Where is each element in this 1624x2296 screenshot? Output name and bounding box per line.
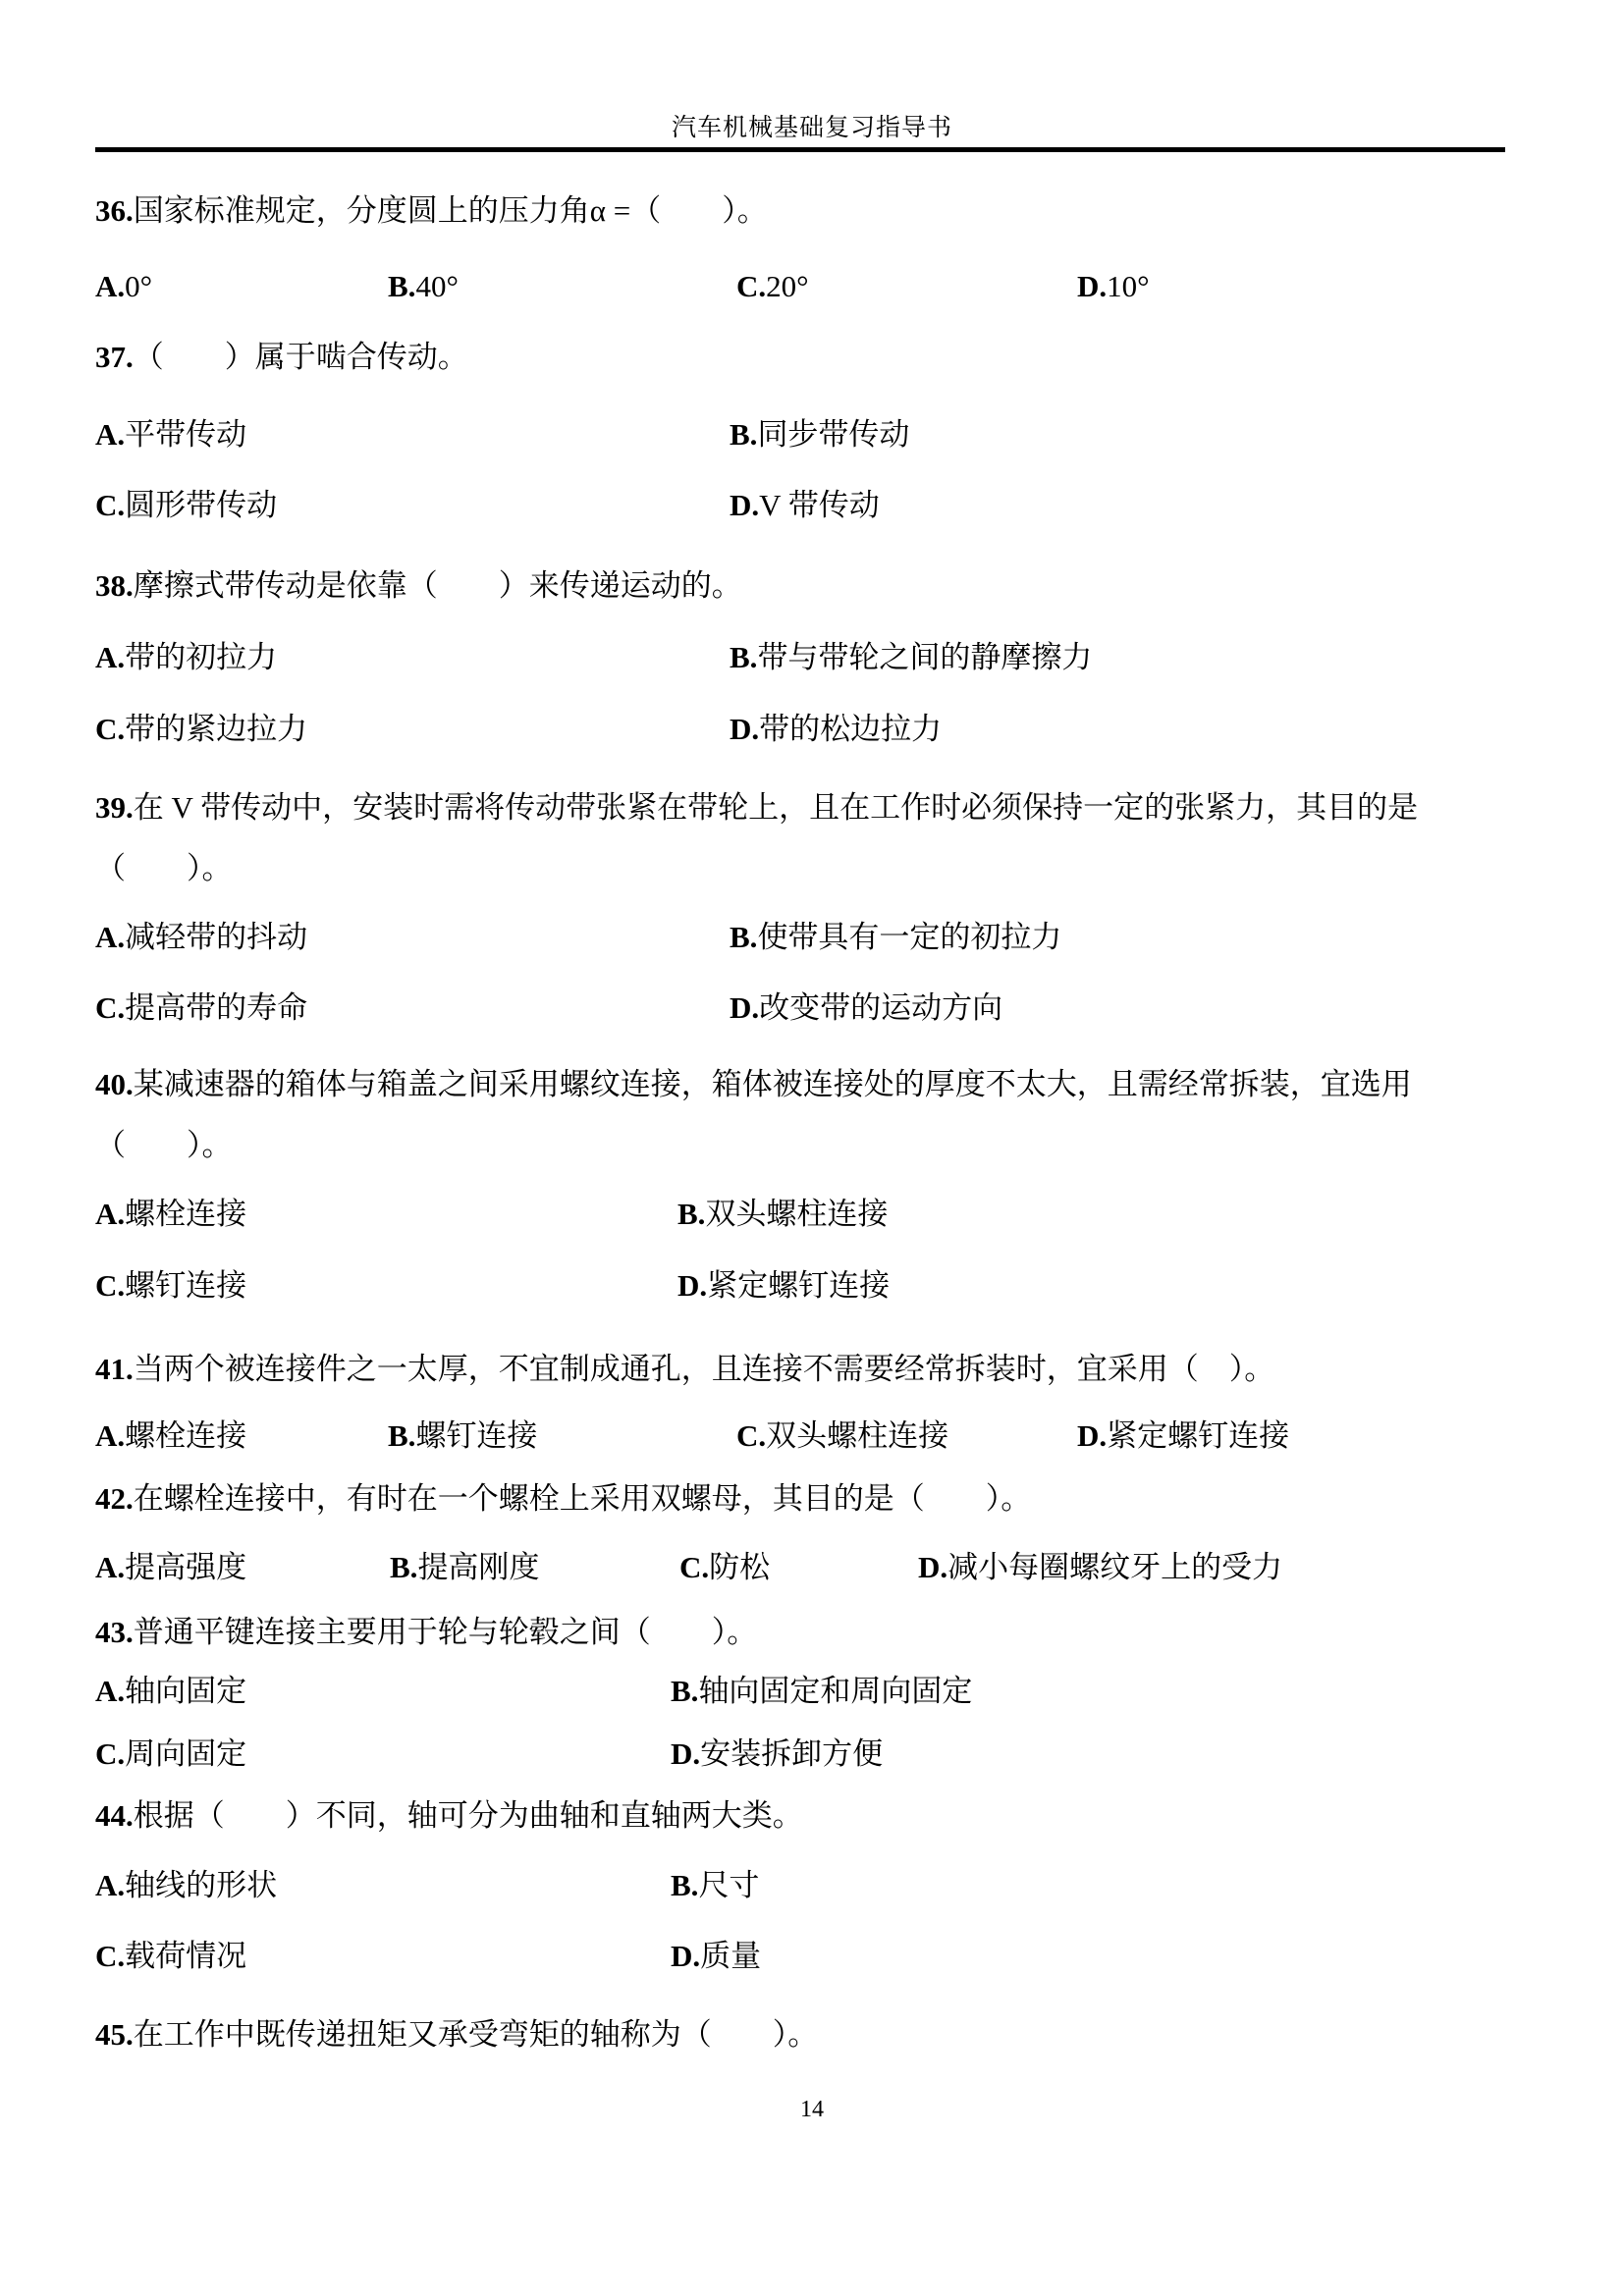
option-text: 带的初拉力 — [125, 640, 277, 674]
option-label: C. — [95, 712, 125, 746]
option-text: 周向固定 — [125, 1736, 246, 1771]
option-label: B. — [390, 1550, 417, 1584]
question-43-option-a: A.轴向固定 — [95, 1673, 246, 1710]
header-rule — [95, 147, 1505, 152]
option-label: A. — [95, 1418, 125, 1453]
option-text: 20° — [766, 269, 808, 303]
option-label: A. — [95, 1674, 125, 1708]
question-41-option-c: C.双头螺柱连接 — [736, 1417, 948, 1455]
option-text: 减轻带的抖动 — [125, 920, 307, 954]
option-label: D. — [730, 990, 759, 1025]
question-44-option-d: D.质量 — [671, 1938, 761, 1975]
question-36-option-c: C.20° — [736, 268, 809, 305]
question-39-stem-line-2: （ ）。 — [95, 850, 233, 887]
question-43-option-d: D.安装拆卸方便 — [671, 1735, 883, 1773]
question-40-option-c: C.螺钉连接 — [95, 1267, 246, 1305]
option-text: 40° — [415, 269, 458, 303]
question-text: 国家标准规定，分度圆上的压力角α =（ ）。 — [134, 193, 768, 228]
question-37-option-d: D.V 带传动 — [730, 487, 880, 524]
option-text: 同步带传动 — [757, 417, 909, 452]
question-42-option-b: B.提高刚度 — [390, 1549, 539, 1586]
option-text: 带与带轮之间的静摩擦力 — [757, 640, 1092, 674]
option-text: 尺寸 — [698, 1868, 759, 1902]
option-label: D. — [671, 1736, 700, 1771]
option-label: B. — [677, 1197, 705, 1231]
question-number: 45. — [95, 2017, 134, 2052]
option-label: C. — [736, 1418, 766, 1453]
question-number: 40. — [95, 1067, 134, 1101]
option-text: 紧定螺钉连接 — [1107, 1418, 1289, 1453]
option-label: C. — [679, 1550, 709, 1584]
question-44-option-b: B.尺寸 — [671, 1867, 759, 1904]
question-number: 44. — [95, 1798, 134, 1833]
option-text: 提高带的寿命 — [125, 990, 307, 1025]
option-text: 双头螺柱连接 — [766, 1418, 948, 1453]
question-38-option-a: A.带的初拉力 — [95, 639, 277, 676]
option-label: C. — [736, 269, 766, 303]
option-label: A. — [95, 1868, 125, 1902]
option-label: B. — [730, 920, 757, 954]
option-label: D. — [918, 1550, 947, 1584]
option-label: B. — [730, 640, 757, 674]
question-text: 根据（ ）不同，轴可分为曲轴和直轴两大类。 — [134, 1798, 803, 1833]
question-38-option-d: D.带的松边拉力 — [730, 711, 942, 748]
option-label: C. — [95, 990, 125, 1025]
option-label: B. — [388, 1418, 415, 1453]
question-37-option-b: B.同步带传动 — [730, 416, 909, 454]
option-text: 紧定螺钉连接 — [707, 1268, 890, 1303]
option-text: 带的紧边拉力 — [125, 712, 307, 746]
question-number: 39. — [95, 790, 134, 825]
option-text: 质量 — [700, 1939, 761, 1973]
option-label: C. — [95, 1736, 125, 1771]
question-42-option-a: A.提高强度 — [95, 1549, 246, 1586]
question-41-option-a: A.螺栓连接 — [95, 1417, 246, 1455]
question-text: 在工作中既传递扭矩又承受弯矩的轴称为（ ）。 — [134, 2017, 819, 2052]
question-39-option-d: D.改变带的运动方向 — [730, 989, 1002, 1027]
option-label: A. — [95, 417, 125, 452]
question-44-option-c: C.载荷情况 — [95, 1938, 246, 1975]
option-text: 安装拆卸方便 — [700, 1736, 883, 1771]
question-36-option-d: D.10° — [1077, 268, 1150, 305]
option-label: C. — [95, 488, 125, 522]
option-text: 改变带的运动方向 — [759, 990, 1002, 1025]
question-36-stem: 36.国家标准规定，分度圆上的压力角α =（ ）。 — [95, 192, 768, 230]
question-text: （ ）属于啮合传动。 — [134, 340, 468, 374]
option-label: B. — [671, 1674, 698, 1708]
option-text: 带的松边拉力 — [759, 712, 942, 746]
question-40-option-a: A.螺栓连接 — [95, 1196, 246, 1233]
option-label: A. — [95, 1197, 125, 1231]
option-text: 提高刚度 — [417, 1550, 539, 1584]
question-43-stem: 43.普通平键连接主要用于轮与轮毂之间（ ）。 — [95, 1614, 757, 1651]
option-text: 圆形带传动 — [125, 488, 277, 522]
question-text: 在 V 带传动中，安装时需将传动带张紧在带轮上，且在工作时必须保持一定的张紧力，… — [134, 790, 1418, 825]
question-text: （ ）。 — [95, 851, 233, 885]
option-label: D. — [677, 1268, 707, 1303]
question-38-option-b: B.带与带轮之间的静摩擦力 — [730, 639, 1092, 676]
option-label: D. — [730, 712, 759, 746]
question-42-option-c: C.防松 — [679, 1549, 770, 1586]
option-label: B. — [388, 269, 415, 303]
question-40-stem-line-2: （ ）。 — [95, 1127, 233, 1164]
question-41-option-d: D.紧定螺钉连接 — [1077, 1417, 1289, 1455]
question-text: 摩擦式带传动是依靠（ ）来传递运动的。 — [134, 568, 742, 603]
question-text: 普通平键连接主要用于轮与轮毂之间（ ）。 — [134, 1615, 758, 1649]
question-40-stem-line-1: 40.某减速器的箱体与箱盖之间采用螺纹连接，箱体被连接处的厚度不太大，且需经常拆… — [95, 1066, 1412, 1103]
question-number: 41. — [95, 1352, 134, 1386]
question-text: 在螺栓连接中，有时在一个螺栓上采用双螺母，其目的是（ ）。 — [134, 1481, 1032, 1516]
question-43-option-c: C.周向固定 — [95, 1735, 246, 1773]
question-39-stem-line-1: 39.在 V 带传动中，安装时需将传动带张紧在带轮上，且在工作时必须保持一定的张… — [95, 789, 1418, 827]
question-text: 某减速器的箱体与箱盖之间采用螺纹连接，箱体被连接处的厚度不太大，且需经常拆装，宜… — [134, 1067, 1412, 1101]
option-text: V 带传动 — [759, 488, 880, 522]
question-number: 42. — [95, 1481, 134, 1516]
question-38-option-c: C.带的紧边拉力 — [95, 711, 307, 748]
question-40-option-b: B.双头螺柱连接 — [677, 1196, 888, 1233]
option-label: B. — [730, 417, 757, 452]
option-label: A. — [95, 920, 125, 954]
question-45-stem: 45.在工作中既传递扭矩又承受弯矩的轴称为（ ）。 — [95, 2016, 818, 2054]
option-text: 螺钉连接 — [415, 1418, 537, 1453]
option-text: 减小每圈螺纹牙上的受力 — [947, 1550, 1282, 1584]
document-page: 汽车机械基础复习指导书 36.国家标准规定，分度圆上的压力角α =（ ）。 A.… — [0, 0, 1624, 2296]
question-44-option-a: A.轴线的形状 — [95, 1867, 277, 1904]
question-text: 当两个被连接件之一太厚，不宜制成通孔，且连接不需要经常拆装时，宜采用（ ）。 — [134, 1352, 1275, 1386]
option-label: A. — [95, 640, 125, 674]
option-label: A. — [95, 269, 125, 303]
option-text: 轴线的形状 — [125, 1868, 277, 1902]
option-label: C. — [95, 1939, 125, 1973]
question-number: 43. — [95, 1615, 134, 1649]
question-39-option-b: B.使带具有一定的初拉力 — [730, 919, 1061, 956]
option-text: 平带传动 — [125, 417, 246, 452]
question-42-stem: 42.在螺栓连接中，有时在一个螺栓上采用双螺母，其目的是（ ）。 — [95, 1480, 1031, 1518]
question-40-option-d: D.紧定螺钉连接 — [677, 1267, 890, 1305]
option-label: D. — [671, 1939, 700, 1973]
question-number: 38. — [95, 568, 134, 603]
option-text: 使带具有一定的初拉力 — [757, 920, 1061, 954]
option-text: 提高强度 — [125, 1550, 246, 1584]
option-label: D. — [730, 488, 759, 522]
page-number: 14 — [0, 2095, 1624, 2124]
question-41-option-b: B.螺钉连接 — [388, 1417, 537, 1455]
question-number: 37. — [95, 340, 134, 374]
option-text: 双头螺柱连接 — [705, 1197, 888, 1231]
option-text: 0° — [125, 269, 152, 303]
option-label: C. — [95, 1268, 125, 1303]
question-39-option-a: A.减轻带的抖动 — [95, 919, 307, 956]
option-text: 10° — [1107, 269, 1149, 303]
option-text: 轴向固定 — [125, 1674, 246, 1708]
question-37-option-a: A.平带传动 — [95, 416, 246, 454]
option-label: D. — [1077, 1418, 1107, 1453]
question-44-stem: 44.根据（ ）不同，轴可分为曲轴和直轴两大类。 — [95, 1797, 803, 1835]
question-36-option-a: A.0° — [95, 268, 152, 305]
header-title: 汽车机械基础复习指导书 — [0, 114, 1624, 143]
option-text: 螺钉连接 — [125, 1268, 246, 1303]
question-number: 36. — [95, 193, 134, 228]
option-label: A. — [95, 1550, 125, 1584]
question-37-option-c: C.圆形带传动 — [95, 487, 277, 524]
question-39-option-c: C.提高带的寿命 — [95, 989, 307, 1027]
question-43-option-b: B.轴向固定和周向固定 — [671, 1673, 972, 1710]
question-text: （ ）。 — [95, 1128, 233, 1162]
option-text: 防松 — [709, 1550, 770, 1584]
option-text: 轴向固定和周向固定 — [698, 1674, 972, 1708]
question-42-option-d: D.减小每圈螺纹牙上的受力 — [918, 1549, 1282, 1586]
option-label: B. — [671, 1868, 698, 1902]
question-36-option-b: B.40° — [388, 268, 459, 305]
question-37-stem: 37.（ ）属于啮合传动。 — [95, 339, 468, 376]
option-text: 载荷情况 — [125, 1939, 246, 1973]
option-text: 螺栓连接 — [125, 1418, 246, 1453]
question-41-stem: 41.当两个被连接件之一太厚，不宜制成通孔，且连接不需要经常拆装时，宜采用（ ）… — [95, 1351, 1274, 1388]
option-text: 螺栓连接 — [125, 1197, 246, 1231]
question-38-stem: 38.摩擦式带传动是依靠（ ）来传递运动的。 — [95, 567, 742, 605]
option-label: D. — [1077, 269, 1107, 303]
